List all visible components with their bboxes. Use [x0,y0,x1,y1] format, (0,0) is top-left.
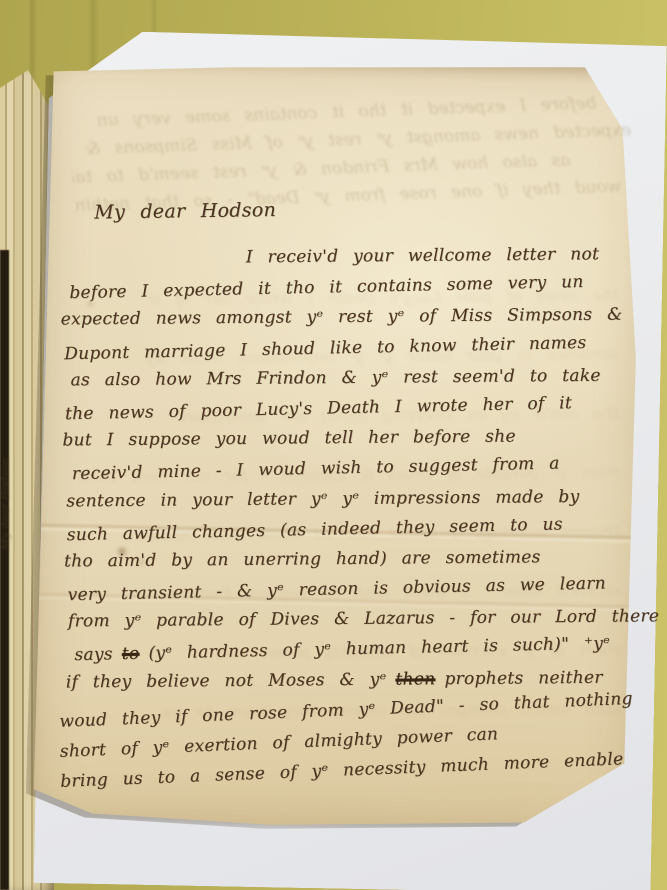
letter-text: My dear Hodson I receiv'd your wellcome … [62,188,655,789]
line-text: if they believe not Moses & yᵉ [66,669,387,692]
struck-word: then [395,669,435,689]
struck-word: to [122,644,140,664]
line-text: says [74,645,113,666]
line-text: (yᵉ hardness of yᵉ human heart is such)"… [148,634,610,664]
page-edge-writing: My dear Hodson [0,320,14,550]
letter-salutation: My dear Hodson [94,188,647,230]
photo-of-handwritten-letter: My dear Hodson before I expected it tho … [0,0,667,890]
